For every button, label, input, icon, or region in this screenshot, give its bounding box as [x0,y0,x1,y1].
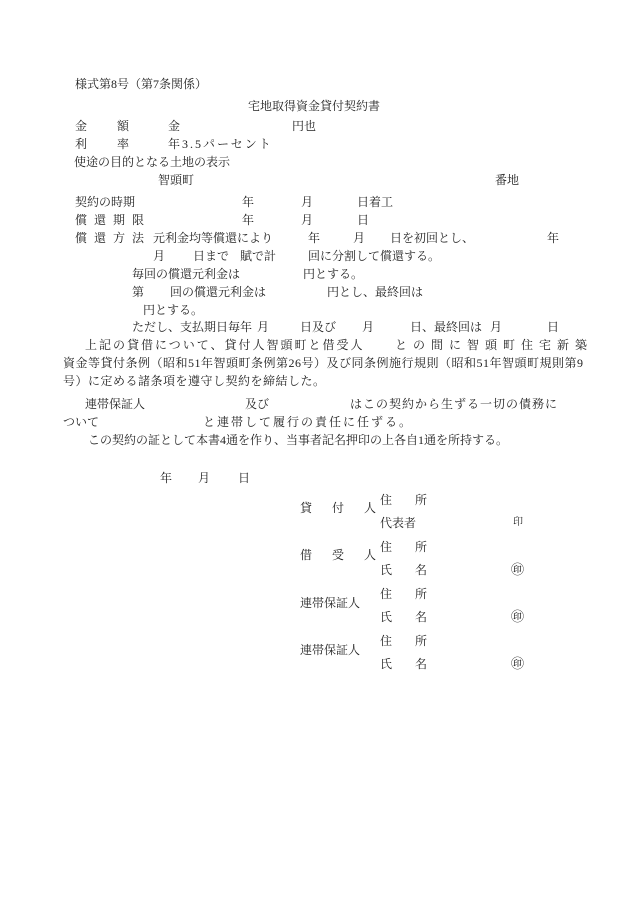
interest-label: 利 [75,138,87,150]
day-label: 日 [238,472,250,484]
borrower-seal-mark: ㊞ [511,564,524,576]
guarantor2-name-label: 氏 名 [380,658,433,670]
lender-label: 貸 付 人 [300,502,380,514]
doc-title: 宅地取得資金貸付契約書 [248,100,380,112]
agreement-clause-row-3: 号）に定める諸条項を遵守し契約を締結した。 [63,375,326,387]
repayment-method-row: 日を初回とし、 [390,232,474,244]
month-label: 月 [198,472,210,484]
contract-date-label: 契約の時期 [75,196,135,208]
month-label: 月 [301,214,313,226]
guarantor-clause-row-2: と連帯して履行の責任に任ずる。 [203,416,413,428]
amount-prefix: 金 [168,120,180,132]
amount-label: 額 [117,120,129,132]
nth-installment-row: 円とし、最終回は [327,286,423,298]
amount-suffix: 円也 [292,120,316,132]
document-page: 様式第8号（第7条関係）宅地取得資金貸付契約書金額金円也利率年3.5パーセント使… [0,0,630,903]
borrower-name-label: 氏 名 [380,564,433,576]
day-start-label: 日着工 [357,196,393,208]
interest-value: 年3.5パーセント [168,138,273,150]
lot-number-suffix: 番地 [495,174,519,186]
year-label: 年 [160,472,172,484]
month-label: 月 [362,321,374,333]
town-name: 智頭町 [158,174,194,186]
amount-label: 金 [75,120,87,132]
installment-amount-row: 毎回の償還元利金は [132,268,240,280]
payment-due-dates-row: ただし、支払期日毎年 [132,321,252,333]
month-label: 月 [153,250,165,262]
agreement-clause-row: 上記の貸借について、貸付人智頭町と借受人 [85,339,365,351]
day-label: 日 [357,214,369,226]
repayment-method-label: 償 還 方 法 [75,232,146,244]
guarantor2-address-label: 住 所 [380,635,433,647]
guarantor-clause-row-2: ついて [63,416,99,428]
repayment-method-row-2: 回に分割して償還する。 [308,250,440,262]
year-label: 年 [242,196,254,208]
installment-amount-row: 円とする。 [303,268,363,280]
lender-address-label: 住 所 [380,494,433,506]
payment-due-dates-row: 日及び [300,321,336,333]
year-label: 年 [547,232,559,244]
repayment-method-row: 元利金均等償還により [153,232,273,244]
guarantor-clause-row: 及び [245,398,269,410]
form-number: 様式第8号（第7条関係） [75,78,207,90]
nth-installment-row: 第 [132,286,144,298]
year-label: 年 [308,232,320,244]
year-label: 年 [242,214,254,226]
month-label: 月 [490,321,502,333]
guarantor1-name-label: 氏 名 [380,611,433,623]
guarantor1-label: 連帯保証人 [300,597,360,609]
guarantor-clause-label: 連帯保証人 [85,398,145,410]
nth-installment-row: 回の償還元利金は [170,286,266,298]
payment-due-dates-row: 日、最終回は [410,321,482,333]
day-label: 日 [547,321,559,333]
guarantor2-label: 連帯保証人 [300,644,360,656]
month-label: 月 [301,196,313,208]
agreement-clause-row-2: 資金等貸付条例（昭和51年智頭町条例第26号）及び同条例施行規則（昭和51年智頭… [63,357,584,369]
month-label: 月 [353,232,365,244]
borrower-address-label: 住 所 [380,541,433,553]
month-label: 月 [257,321,269,333]
nth-installment-row-2: 円とする。 [143,304,203,316]
copies-clause-row: この契約の証として本書4通を作り、当事者記名押印の上各自1通を所持する。 [88,434,508,446]
guarantor2-seal-mark: ㊞ [511,658,524,670]
guarantor1-address-label: 住 所 [380,588,433,600]
repayment-method-row-2: 賦で計 [240,250,276,262]
borrower-label: 借 受 人 [300,549,380,561]
lender-representative-label: 代表者 [380,517,416,529]
guarantor-clause-row: はこの契約から生ずる一切の債務に [350,398,558,410]
lender-seal-mark: 印 [513,517,523,529]
repayment-deadline-label: 償 還 期 限 [75,214,146,226]
agreement-clause-row: との間に智頭町住宅新築 [395,339,593,351]
land-purpose-heading: 使途の目的となる土地の表示 [74,156,230,168]
repayment-method-row-2: 日まで [193,250,229,262]
guarantor1-seal-mark: ㊞ [511,611,524,623]
interest-label: 率 [117,138,129,150]
